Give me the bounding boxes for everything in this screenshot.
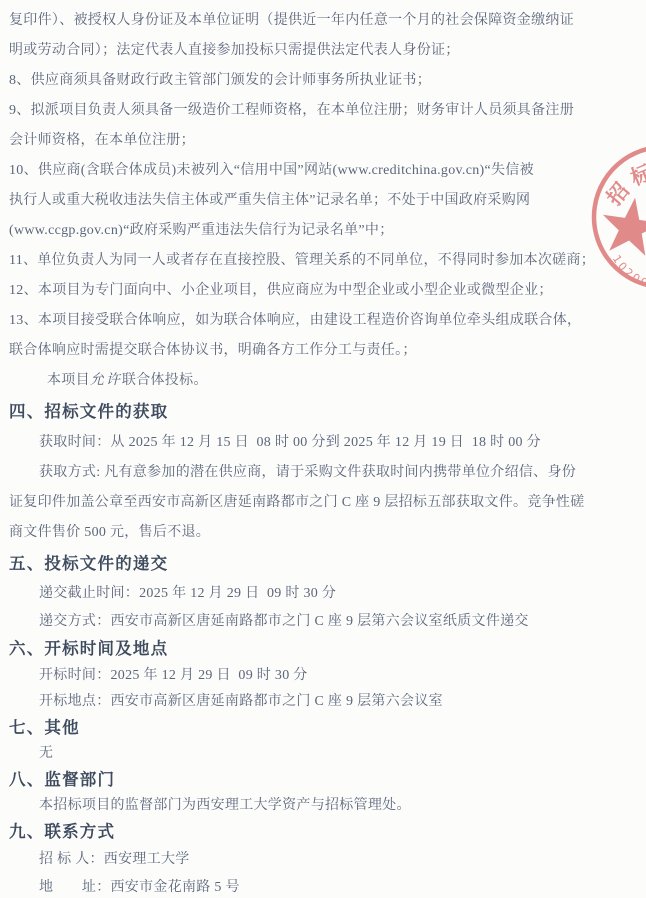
scanned-document-page: 复印件）、被授权人身份证及本单位证明（提供近一年内任意一个月的社会保障资金缴纳证…	[0, 0, 646, 898]
section-4-obtain-time: 获取时间：从 2025 年 12 月 15 日 08 时 00 分到 2025 …	[9, 428, 636, 458]
item-8: 8、供应商须具备财政行政主管部门颁发的会计师事务所执业证书；	[9, 66, 636, 96]
section-6-open-time: 开标时间：2025 年 12 月 29 日 09 时 30 分	[9, 663, 636, 689]
item-10-line-2: 执行人或重大税收违法失信主体或严重失信主体”记录名单；不处于中国政府采购网	[9, 186, 636, 216]
section-5-method: 递交方式：西安市高新区唐延南路都市之门 C 座 9 层第六会议室纸质文件递交	[9, 608, 636, 635]
section-7-heading: 七、其他	[9, 715, 636, 741]
item-11: 11、单位负责人为同一人或者存在直接控股、管理关系的不同单位，不得同时参加本次磋…	[9, 246, 636, 276]
section-9-bidder: 招 标 人：西安理工大学	[9, 845, 636, 874]
allow-prefix: 本项目	[47, 373, 90, 388]
item-10-line-1: 10、供应商(含联合体成员)未被列入“信用中国”网站(www.creditchi…	[9, 156, 636, 186]
allow-fill-in-word: 允许	[90, 373, 122, 388]
section-7-content: 无	[9, 741, 636, 767]
section-9-heading: 九、联系方式	[9, 819, 636, 845]
section-4-method-line-2: 证复印件加盖公章至西安市高新区唐延南路都市之门 C 座 9 层招标五部获取文件。…	[9, 488, 636, 518]
section-4-heading: 四、招标文件的获取	[9, 396, 636, 428]
section-4-method-line-1: 获取方式: 凡有意参加的潜在供应商，请于采购文件获取时间内携带单位介绍信、身份	[9, 458, 636, 488]
allow-suffix: 联合体投标。	[122, 373, 208, 388]
section-6-heading: 六、开标时间及地点	[9, 635, 636, 663]
section-4-method-line-3: 商文件售价 500 元，售后不退。	[9, 518, 636, 548]
joint-bid-allowed-line: 本项目允许联合体投标。	[9, 366, 636, 396]
section-6-open-place: 开标地点：西安市高新区唐延南路都市之门 C 座 9 层第六会议室	[9, 689, 636, 715]
section-8-content: 本招标项目的监督部门为西安理工大学资产与招标管理处。	[9, 793, 636, 819]
item-13-line-1: 13、本项目接受联合体响应，如为联合体响应，由建设工程造价咨询单位牵头组成联合体…	[9, 306, 636, 336]
intro-line-2: 明或劳动合同）；法定代表人直接参加投标只需提供法定代表人身份证；	[9, 36, 636, 66]
item-10-line-3: (www.ccgp.gov.cn)“政府采购严重违法失信行为记录名单”中；	[9, 216, 636, 246]
item-13-line-2: 联合体响应时需提交联合体协议书，明确各方工作分工与责任。；	[9, 336, 636, 366]
intro-line-1: 复印件）、被授权人身份证及本单位证明（提供近一年内任意一个月的社会保障资金缴纳证	[9, 6, 636, 36]
section-5-deadline: 递交截止时间：2025 年 12 月 29 日 09 时 30 分	[9, 580, 636, 608]
section-8-heading: 八、监督部门	[9, 767, 636, 793]
section-9-address: 地 址：西安市金花南路 5 号	[9, 874, 636, 898]
section-5-heading: 五、投标文件的递交	[9, 548, 636, 580]
item-12: 12、本项目为专门面向中、小企业项目，供应商应为中型企业或小型企业或微型企业；	[9, 276, 636, 306]
document-body: 复印件）、被授权人身份证及本单位证明（提供近一年内任意一个月的社会保障资金缴纳证…	[9, 6, 636, 898]
item-9-line-1: 9、拟派项目负责人须具备一级造价工程师资格，在本单位注册；财务审计人员须具备注册	[9, 96, 636, 126]
item-9-line-2: 会计师资格，在本单位注册；	[9, 126, 636, 156]
